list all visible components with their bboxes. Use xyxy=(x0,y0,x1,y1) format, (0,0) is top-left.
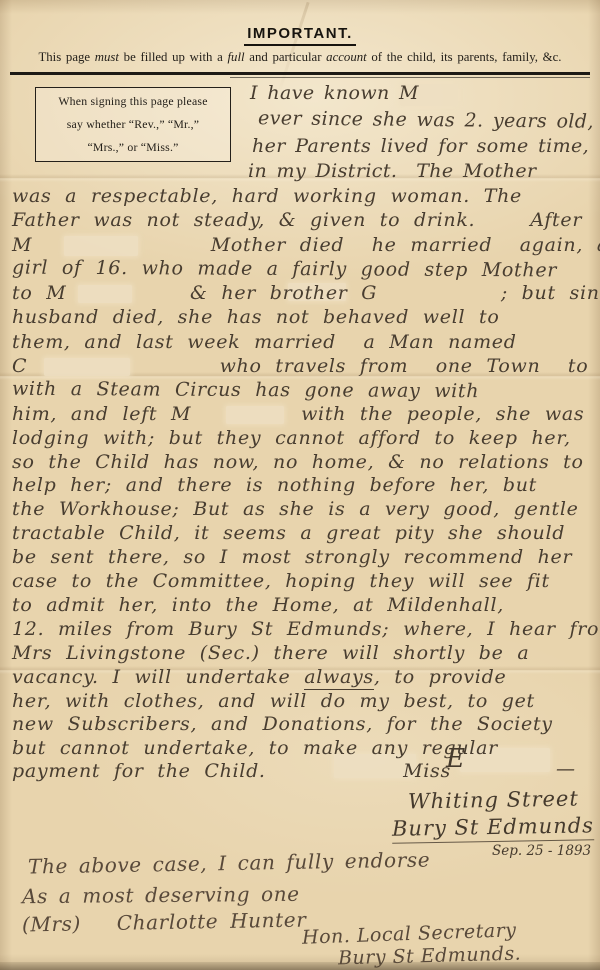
signature-street: Whiting Street xyxy=(408,787,579,814)
instruction-text: This page must be filled up with a full … xyxy=(0,50,600,65)
handwriting-line: help her; and there is nothing before he… xyxy=(12,474,537,496)
handwriting-line: M Mother died he married again, a xyxy=(12,234,600,256)
redaction-patch xyxy=(400,84,458,106)
fold-crease xyxy=(0,666,600,674)
endorsement-line: The above case, I can fully endorse xyxy=(28,847,431,878)
important-heading-text: IMPORTANT. xyxy=(244,25,356,46)
signature-town: Bury St Edmunds xyxy=(392,813,594,844)
handwriting-line: C who travels from one Town to another xyxy=(12,355,600,377)
redaction-patch xyxy=(334,754,416,778)
paper-bottom-edge xyxy=(0,962,600,970)
redaction-patch xyxy=(64,236,138,256)
signature-initial: E xyxy=(446,744,465,774)
handwriting-line: be sent there, so I most strongly recomm… xyxy=(12,546,572,568)
important-heading: IMPORTANT. xyxy=(0,25,600,43)
handwriting-line: Father was not steady, & given to drink.… xyxy=(12,209,582,231)
handwriting-line: Mrs Livingstone (Sec.) there will shortl… xyxy=(12,642,529,664)
handwriting-line: new Subscribers, and Donations, for the … xyxy=(12,713,553,735)
handwriting-line: her Parents lived for some time, xyxy=(252,135,589,157)
handwriting-line: I have known M xyxy=(250,82,419,104)
handwriting-line: 12. miles from Bury St Edmunds; where, I… xyxy=(12,618,600,640)
underlined-word: always xyxy=(304,666,374,690)
handwriting-line: was a respectable, hard working woman. T… xyxy=(12,185,522,207)
notice-line: say whether “Rev.,” “Mr.,” xyxy=(36,113,230,136)
redaction-patch xyxy=(44,358,130,376)
handwriting-line: them, and last week married a Man named xyxy=(12,331,517,353)
handwriting-line: but cannot undertake, to make any regula… xyxy=(12,737,498,759)
handwriting-line: in my District. The Mother xyxy=(248,160,536,182)
handwriting-line: case to the Committee, hoping they will … xyxy=(12,570,550,592)
handwriting-line: so the Child has now, no home, & no rela… xyxy=(12,451,584,473)
handwriting-line: girl of 16. who made a fairly good step … xyxy=(12,257,557,282)
notice-line: When signing this page please xyxy=(36,90,230,113)
document-page: IMPORTANT. This page must be filled up w… xyxy=(0,0,600,970)
handwriting-line: tractable Child, it seems a great pity s… xyxy=(12,522,565,544)
notice-line: “Mrs.,” or “Miss.” xyxy=(36,136,230,159)
signing-notice-box: When signing this page please say whethe… xyxy=(35,87,231,162)
signature-date: Sep. 25 - 1893 xyxy=(492,843,591,859)
endorsement-line: As a most deserving one xyxy=(22,882,300,908)
handwriting-line: to M & her brother G ; but since her xyxy=(12,282,600,304)
header-rule-secondary xyxy=(230,77,590,78)
redaction-patch xyxy=(226,406,284,424)
redaction-patch xyxy=(288,283,346,301)
handwriting-line: payment for the Child. Miss xyxy=(12,760,451,782)
redaction-patch xyxy=(78,285,132,303)
handwriting-line: lodging with; but they cannot afford to … xyxy=(12,427,571,449)
fold-crease xyxy=(277,2,309,93)
handwriting-line: him, and left M with the people, she was xyxy=(12,403,584,425)
handwriting-line: the Workhouse; But as she is a very good… xyxy=(12,498,579,520)
fold-crease xyxy=(0,174,600,182)
handwriting-line: ever since she was 2. years old, xyxy=(258,107,594,133)
endorsement-signature-title: Hon. Local Secretary xyxy=(302,919,517,948)
signature-flourish: — xyxy=(556,758,575,780)
fold-crease xyxy=(0,372,600,380)
endorsement-signature-name: (Mrs) Charlotte Hunter xyxy=(22,908,307,937)
handwriting-line: her, with clothes, and will do my best, … xyxy=(12,690,535,712)
header-rule xyxy=(10,72,590,75)
handwriting-line-always: vacancy. I will undertake always, to pro… xyxy=(12,666,506,688)
handwriting-line: to admit her, into the Home, at Mildenha… xyxy=(12,594,504,616)
handwriting-line: husband died, she has not behaved well t… xyxy=(12,306,499,328)
redaction-patch xyxy=(460,748,550,772)
handwriting-line: with a Steam Circus has gone away with xyxy=(12,378,479,402)
